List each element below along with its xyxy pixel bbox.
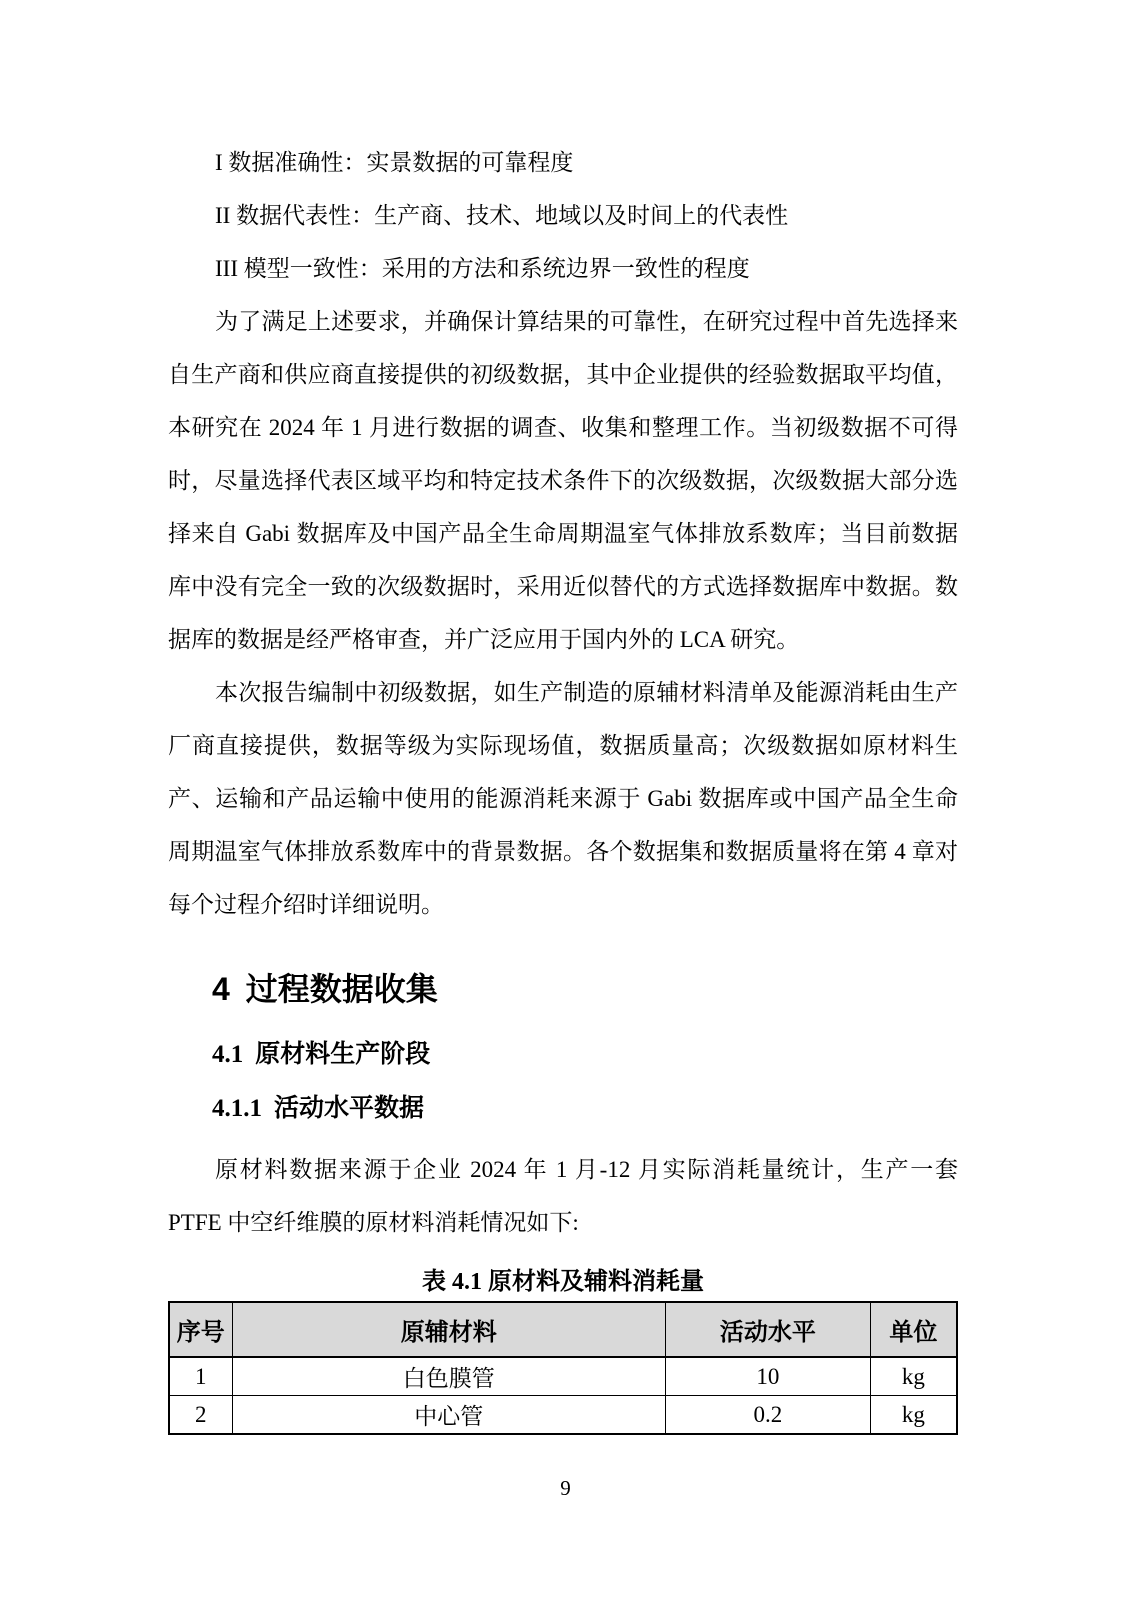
subsection-heading: 4.1.1活动水平数据: [212, 1091, 958, 1127]
table-cell-index: 2: [169, 1396, 232, 1435]
quality-criterion-accuracy: I 数据准确性：实景数据的可靠程度: [168, 136, 958, 189]
page-number: 9: [0, 1474, 1131, 1502]
column-header: 原辅材料: [232, 1302, 665, 1357]
table-row: 1 白色膜管 10 kg: [169, 1357, 957, 1396]
document-page: I 数据准确性：实景数据的可靠程度 II 数据代表性：生产商、技术、地域以及时间…: [0, 0, 1131, 1600]
table-cell-material: 白色膜管: [232, 1357, 665, 1396]
table-cell-unit: kg: [870, 1396, 957, 1435]
section-number: 4.1: [212, 1041, 243, 1068]
column-header: 序号: [169, 1302, 232, 1357]
table-cell-material: 中心管: [232, 1396, 665, 1435]
section-title: 原材料生产阶段: [255, 1041, 430, 1068]
chapter-heading: 4过程数据收集: [212, 967, 958, 1011]
paragraph-data-selection: 为了满足上述要求，并确保计算结果的可靠性，在研究过程中首先选择来自生产商和供应商…: [168, 295, 958, 666]
table-cell-activity: 10: [665, 1357, 870, 1396]
quality-criterion-representativeness: II 数据代表性：生产商、技术、地域以及时间上的代表性: [168, 189, 958, 242]
table-cell-unit: kg: [870, 1357, 957, 1396]
paragraph-raw-material-intro: 原材料数据来源于企业 2024 年 1 月-12 月实际消耗量统计，生产一套 P…: [168, 1143, 958, 1249]
table-row: 2 中心管 0.2 kg: [169, 1396, 957, 1435]
quality-criterion-consistency: III 模型一致性：采用的方法和系统边界一致性的程度: [168, 242, 958, 295]
materials-table: 序号 原辅材料 活动水平 单位 1 白色膜管 10 kg 2 中心管 0.2 k…: [168, 1301, 958, 1435]
chapter-title: 过程数据收集: [246, 971, 438, 1007]
section-heading: 4.1原材料生产阶段: [212, 1037, 958, 1073]
table-caption: 表 4.1 原材料及辅料消耗量: [168, 1265, 958, 1299]
chapter-number: 4: [212, 971, 230, 1007]
paragraph-data-quality: 本次报告编制中初级数据，如生产制造的原辅材料清单及能源消耗由生产厂商直接提供，数…: [168, 666, 958, 931]
subsection-title: 活动水平数据: [274, 1095, 424, 1122]
column-header: 活动水平: [665, 1302, 870, 1357]
column-header: 单位: [870, 1302, 957, 1357]
table-header-row: 序号 原辅材料 活动水平 单位: [169, 1302, 957, 1357]
subsection-number: 4.1.1: [212, 1095, 262, 1122]
table-cell-activity: 0.2: [665, 1396, 870, 1435]
table-cell-index: 1: [169, 1357, 232, 1396]
